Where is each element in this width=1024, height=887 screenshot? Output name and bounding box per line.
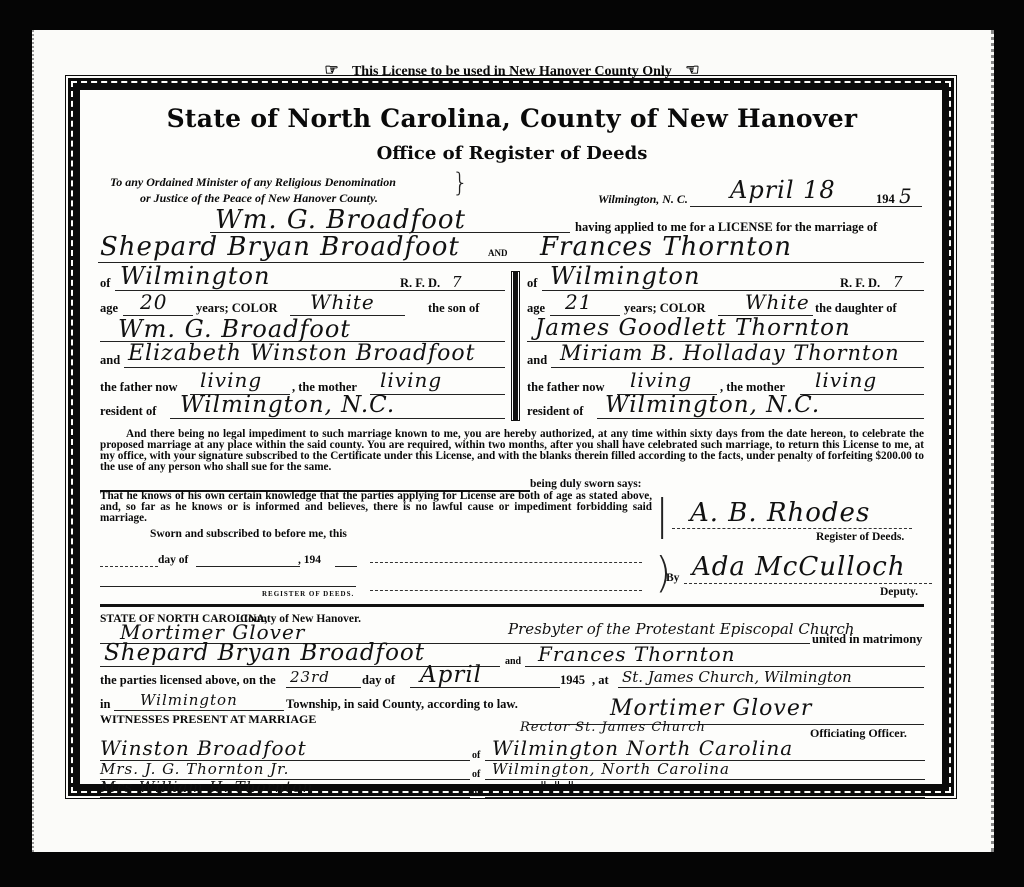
document-subtitle: Office of Register of Deeds [0,143,1024,164]
groom-relation-label: the son of [428,301,479,316]
cert-and-label: and [505,656,521,667]
day-of-label: day of [158,554,188,566]
groom-mother-status: living [380,368,442,392]
groom-age: 20 [140,290,167,314]
register-signature: A. B. Rhodes [690,498,870,528]
address-brace: } [452,168,469,198]
groom-resident-line [170,418,505,419]
witness-3-place: " " " [540,778,575,796]
cert-day-of-label: day of [362,673,395,688]
affiant-signature-line-1 [370,562,642,563]
bride-father-now-label: the father now [527,380,605,395]
bride-name: Frances Thornton [540,232,792,262]
groom-color: White [310,290,375,314]
bride-residence: Wilmington, N.C. [605,392,820,418]
bride-father-status: living [630,368,692,392]
banner-text: This License to be used in New Hanover C… [352,64,672,79]
location-line [618,687,924,688]
groom-father-name: Wm. G. Broadfoot [118,315,351,343]
day-blank [100,566,158,567]
year-blank [335,566,357,567]
bride-city: Wilmington [550,262,700,290]
witness-2-name: Mrs. J. G. Thornton Jr. [100,760,289,778]
groom-mother-line [124,367,505,368]
groom-city: Wilmington [120,262,270,290]
township-label: Township, in said County, according to l… [286,697,518,712]
month-blank [196,566,300,567]
township-line [114,710,284,711]
groom-resident-label: resident of [100,404,156,419]
groom-rfd-value: 7 [452,273,463,291]
section-divider [100,604,924,607]
groom-father-now-label: the father now [100,380,178,395]
bride-rfd-label: R. F. D. [840,276,880,291]
deputy-signature: Ada McCulloch [692,552,906,582]
cert-bride-line [525,666,925,667]
bride-resident-line [597,418,924,419]
groom-name: Shepard Bryan Broadfoot [100,232,460,262]
cert-township: Wilmington [140,691,238,709]
witness-1-of-label: of [472,750,480,761]
document-title: State of North Carolina, County of New H… [0,104,1024,133]
in-label: in [100,697,110,712]
bride-rfd-value: 7 [893,273,904,291]
witness-3-line [100,797,470,798]
cert-location: St. James Church, Wilmington [622,668,852,686]
witness-1-name: Winston Broadfoot [100,736,307,760]
witnesses-label: WITNESSES PRESENT AT MARRIAGE [100,712,316,727]
groom-father-status: living [200,368,262,392]
bride-color-label: years; COLOR [624,301,706,316]
sworn-subscribed-label: Sworn and subscribed to before me, this [150,528,347,540]
groom-and-label: and [100,353,120,368]
groom-age-label: age [100,301,118,316]
bride-age: 21 [565,290,592,314]
bride-mother-status: living [815,368,877,392]
deputy-signature-rule [684,583,932,584]
day-line [286,687,361,688]
affidavit-brace-1: | [655,490,669,539]
applicant-name: Wm. G. Broadfoot [215,205,466,235]
officer-signature: Mortimer Glover [610,696,812,721]
by-label: By [666,572,679,584]
at-label: , at [592,673,609,688]
cert-bride-name: Frances Thornton [538,642,736,666]
year-prefix: 194 [876,192,895,207]
bride-age-label: age [527,301,545,316]
bride-color: White [745,290,810,314]
affiant-signature-line-2 [370,590,642,591]
groom-color-label: years; COLOR [196,301,278,316]
pointing-hand-left-icon: ☜ [685,62,699,79]
affidavit-paragraph: That he knows of his own certain knowled… [100,491,652,524]
license-date: April 18 [730,176,836,204]
witness-2-place: Wilmington, North Carolina [492,760,730,778]
place-label: Wilmington, N. C. [598,192,688,207]
year-label: , 194 [298,554,321,566]
deputy-title: Deputy. [880,586,918,598]
bride-of-label: of [527,276,537,291]
address-line-2: or Justice of the Peace of New Hanover C… [140,191,378,206]
register-small-label: REGISTER OF DEEDS. [262,590,354,598]
groom-rfd-label: R. F. D. [400,276,440,291]
groom-residence: Wilmington, N.C. [180,392,395,418]
bride-and-label: and [527,353,547,368]
register-signature-line [100,586,356,587]
pointing-hand-right-icon: ☞ [324,62,338,79]
officer-title-label: Officiating Officer. [810,726,907,741]
and-label: AND [488,248,508,258]
groom-of-label: of [100,276,110,291]
cert-month: April [420,662,482,688]
bride-mother-name: Miriam B. Holladay Thornton [560,341,900,365]
parties-label: the parties licensed above, on the [100,673,276,688]
cert-year: 1945 [560,673,585,688]
sworn-says-label: being duly sworn says: [530,478,642,490]
year-suffix: 5 [899,184,913,208]
witness-3-of-label: of [472,787,480,798]
officiant-role: Presbyter of the Protestant Episcopal Ch… [508,620,854,638]
address-line-1: To any Ordained Minister of any Religiou… [110,175,396,190]
groom-mother-name: Elizabeth Winston Broadfoot [128,341,476,366]
witness-3-name: Mrs William H. Thornton [100,778,313,796]
column-divider [512,272,519,420]
witness-3-place-line [485,797,925,798]
cert-day: 23rd [290,668,330,686]
county-banner: ☞ This License to be used in New Hanover… [0,60,1024,80]
united-label: united in matrimony [812,632,922,647]
bride-resident-label: resident of [527,404,583,419]
authorization-paragraph: And there being no legal impediment to s… [100,429,924,473]
bride-father-name: James Goodlett Thornton [535,315,851,341]
register-title: Register of Deeds. [816,531,904,543]
officer-subtitle: Rector St. James Church [520,720,706,735]
cert-groom-name: Shepard Bryan Broadfoot [104,640,425,666]
register-signature-rule [672,528,912,529]
bride-relation-label: the daughter of [815,301,897,316]
witness-2-of-label: of [472,769,480,780]
witness-1-place: Wilmington North Carolina [492,736,793,760]
